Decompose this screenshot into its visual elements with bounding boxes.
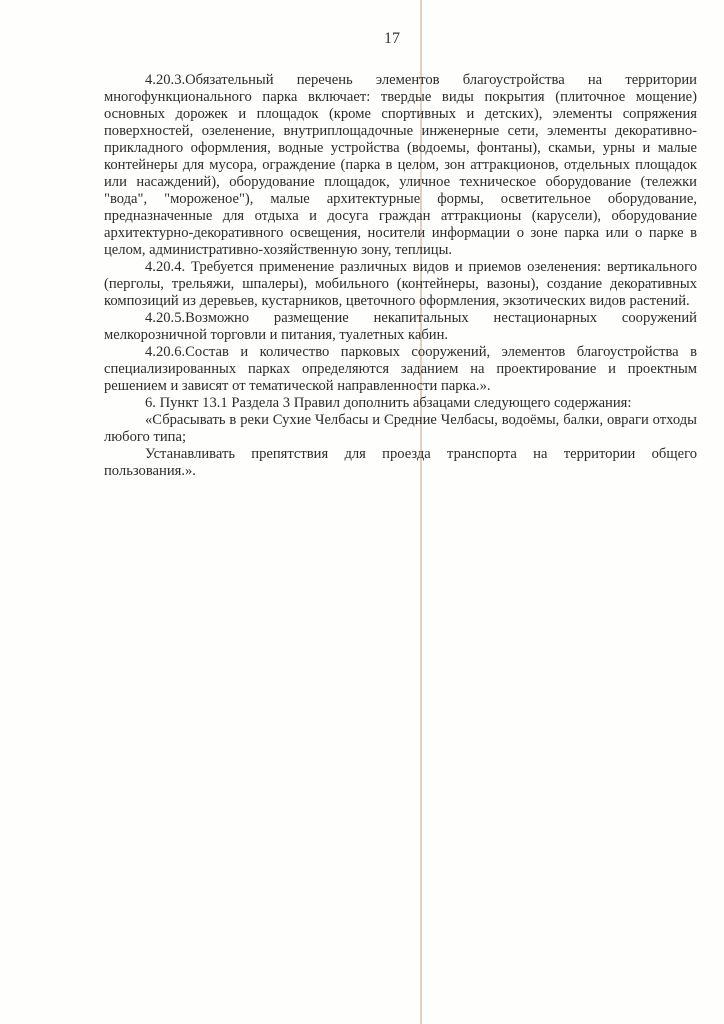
paragraph-quote-1: «Сбрасывать в реки Сухие Челбасы и Средн… — [104, 412, 697, 446]
paragraph-quote-2: Устанавливать препятствия для проезда тр… — [104, 446, 697, 480]
page-number: 17 — [30, 30, 724, 48]
paragraph-item-6: 6. Пункт 13.1 Раздела 3 Правил дополнить… — [104, 395, 697, 412]
paragraph-4-20-6: 4.20.6.Состав и количество парковых соор… — [104, 344, 697, 395]
document-body: 4.20.3.Обязательный перечень элементов б… — [104, 72, 697, 480]
paragraph-4-20-5: 4.20.5.Возможно размещение некапитальных… — [104, 310, 697, 344]
paragraph-4-20-3: 4.20.3.Обязательный перечень элементов б… — [104, 72, 697, 259]
paragraph-4-20-4: 4.20.4. Требуется применение различных в… — [104, 259, 697, 310]
